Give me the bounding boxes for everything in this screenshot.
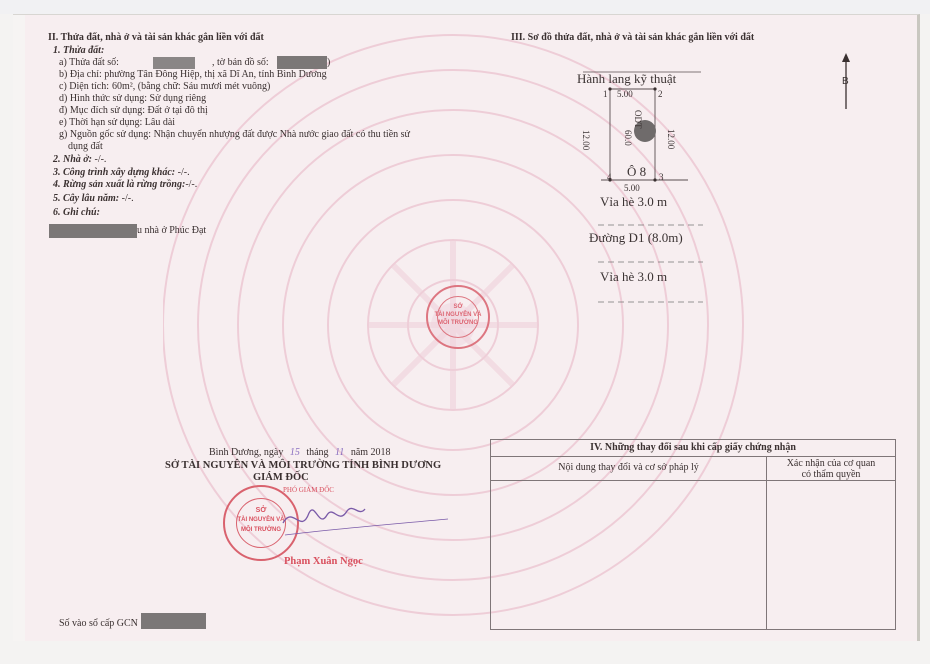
register-number-redacted	[141, 613, 206, 629]
corner-2: 2	[658, 89, 663, 99]
corner-4: 4	[607, 172, 612, 182]
item-perennial-label: 5. Cây lâu năm:	[53, 193, 119, 204]
certificate-page: II. Thửa đất, nhà ở và tài sản khác gắn …	[13, 14, 920, 642]
origin-line1: g) Nguồn gốc sử dụng: Nhận chuyển nhượng…	[59, 129, 410, 141]
seal-center: SỞ TÀI NGUYÊN VÀ MÔI TRƯỜNG	[426, 285, 490, 349]
column-header-confirmation-line2: có thẩm quyền	[767, 469, 895, 480]
item-perennial-value: -/-.	[119, 193, 133, 204]
north-label: B	[842, 76, 849, 87]
area-value: 60m², (bằng chữ: Sáu mươi mét vuông)	[112, 81, 270, 93]
land-area: 60.0	[623, 130, 633, 146]
lot-label: Ô 8	[627, 164, 646, 180]
item-perennial: 5. Cây lâu năm: -/-.	[53, 193, 134, 205]
map-sheet-label: , tờ bản đồ số:	[212, 57, 269, 69]
page-left-margin	[13, 15, 25, 642]
corner-1: 1	[603, 89, 608, 99]
signer-title: GIÁM ĐỐC	[253, 472, 309, 484]
seal-center-line1: SỞ	[428, 304, 488, 311]
item-note-label: 6. Ghi chú:	[53, 207, 100, 218]
area-label: c) Diện tích:	[59, 81, 109, 93]
date-month-label: tháng	[306, 447, 328, 458]
map-sheet-suffix: )	[327, 57, 330, 69]
item-other-construction-label: 3. Công trình xây dựng khác:	[53, 167, 175, 178]
section3-title: III. Sơ đồ thửa đất, nhà ở và tài sản kh…	[511, 32, 754, 44]
date-prefix: Bình Dương, ngày	[209, 447, 283, 458]
column-header-confirmation: Xác nhận của cơ quan có thẩm quyền	[767, 458, 895, 480]
seal-center-line2: TÀI NGUYÊN VÀ	[428, 312, 488, 319]
sidewalk-top: Vỉa hè 3.0 m	[600, 194, 667, 210]
usage-purpose: đ) Mục đích sử dụng: Đất ở tại đô thị	[59, 105, 208, 117]
parcel-no-redacted	[153, 57, 195, 69]
map-sheet-redacted	[277, 56, 327, 69]
header-divider	[491, 480, 895, 481]
land-code: ODT	[633, 110, 643, 129]
item-other-construction: 3. Công trình xây dựng khác: -/-.	[53, 167, 190, 179]
column-header-confirmation-line1: Xác nhận của cơ quan	[767, 458, 895, 469]
date-day: 15	[290, 447, 300, 458]
origin-line2: dụng đất	[68, 141, 103, 153]
agency-name: SỞ TÀI NGUYÊN VÀ MÔI TRƯỜNG TỈNH BÌNH DƯ…	[165, 460, 441, 472]
item-other-construction-value: -/-.	[175, 167, 189, 178]
signature-scribble	[273, 495, 453, 545]
road-label: Đường D1 (8.0m)	[589, 230, 683, 246]
section4-title: IV. Những thay đổi sau khi cấp giấy chứn…	[491, 440, 895, 457]
parcel-no-label: a) Thửa đất số:	[59, 57, 119, 69]
item-note: 6. Ghi chú:	[53, 207, 100, 219]
corner-3: 3	[659, 172, 664, 182]
register-label: Số vào sổ cấp GCN	[59, 618, 138, 630]
signer-name: Phạm Xuân Ngọc	[284, 556, 363, 568]
column-divider	[766, 456, 767, 629]
bottom-margin	[0, 641, 930, 664]
item-house-label: 2. Nhà ở:	[53, 154, 92, 165]
date-month: 11	[335, 447, 344, 458]
usage-form: d) Hình thức sử dụng: Sử dụng riêng	[59, 93, 206, 105]
note-text: u nhà ở Phúc Đạt	[137, 225, 206, 237]
land-heading: 1. Thửa đất:	[53, 45, 104, 57]
confirmation-cell	[769, 482, 893, 628]
item-forest: 4. Rừng sản xuất là rừng trồng:-/-.	[53, 179, 197, 191]
right-length: 12.00	[666, 129, 676, 149]
changes-table: IV. Những thay đổi sau khi cấp giấy chứn…	[490, 439, 896, 630]
section2-title: II. Thửa đất, nhà ở và tài sản khác gắn …	[48, 32, 264, 44]
top-width: 5.00	[617, 89, 633, 99]
address: b) Địa chỉ: phường Tân Đông Hiệp, thị xã…	[59, 69, 327, 81]
item-forest-label: 4. Rừng sản xuất là rừng trồng:	[53, 179, 185, 190]
corridor-label: Hành lang kỹ thuật	[577, 71, 676, 87]
item-house-value: -/-.	[92, 154, 106, 165]
sidewalk-bottom: Vỉa hè 3.0 m	[600, 269, 667, 285]
date-line: Bình Dương, ngày 15 tháng 11 năm 2018	[209, 447, 391, 459]
bottom-width: 5.00	[624, 183, 640, 193]
changes-cell	[493, 482, 764, 628]
item-house: 2. Nhà ở: -/-.	[53, 154, 106, 166]
left-length: 12.00	[581, 130, 591, 150]
item-forest-value: -/-.	[185, 179, 197, 190]
date-year: năm 2018	[351, 447, 391, 458]
top-margin	[0, 0, 930, 14]
seal-center-line3: MÔI TRƯỜNG	[428, 320, 488, 327]
usage-term: e) Thời hạn sử dụng: Lâu dài	[59, 117, 175, 129]
note-redacted	[49, 224, 137, 238]
column-header-changes: Nội dung thay đổi và cơ sở pháp lý	[491, 456, 766, 480]
